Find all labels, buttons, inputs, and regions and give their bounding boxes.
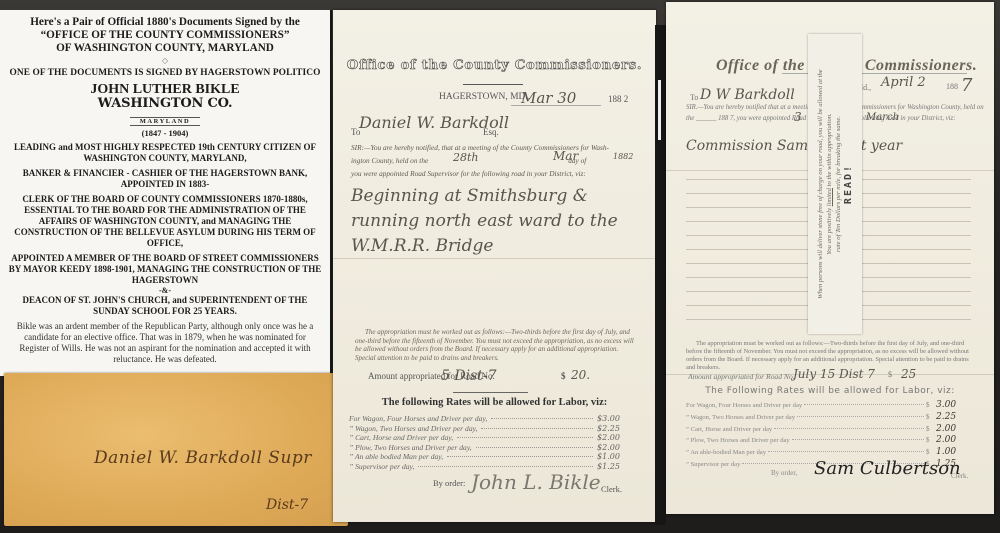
- rate-row: For Wagon, Four Horses and Driver per da…: [686, 400, 976, 412]
- handwritten-road-number: July 15 Dist 7: [793, 367, 875, 381]
- life-dates: (1847 - 1904): [8, 128, 322, 138]
- document-1882: Office of the County Commissioners. HAGE…: [333, 10, 656, 522]
- appropriation-text: The appropriation must be worked out as …: [355, 328, 640, 362]
- ornament-divider: [453, 392, 528, 393]
- bio-block: BANKER & FINANCIER - CASHIER OF THE HAGE…: [8, 168, 322, 190]
- rate-row: ” Plow, Two Horses and Driver per day,$2…: [349, 443, 639, 453]
- washington-co-logo: WASHINGTON CO.: [8, 97, 322, 110]
- by-order-label: By order:: [433, 478, 465, 488]
- clerk-label: Clerk.: [951, 472, 968, 480]
- handwritten-meeting-month: March: [866, 112, 899, 123]
- handwritten-amount: 20.: [571, 368, 590, 382]
- signature: Sam Culbertson: [814, 458, 961, 479]
- notice-line: ington County, held on theday of: [351, 154, 646, 167]
- info-title-line: Here's a Pair of Official 1880's Documen…: [8, 16, 322, 29]
- rate-row: ” Cart, Horse and Driver per day$2.00: [686, 424, 976, 436]
- info-title-line: “OFFICE OF THE COUNTY COMMISSIONERS”: [8, 29, 322, 42]
- info-sheet: Here's a Pair of Official 1880's Documen…: [0, 10, 332, 376]
- diamond-divider-icon: ◇: [8, 56, 322, 65]
- esq-label: Esq.: [483, 127, 499, 137]
- handwritten-addressee: D W Barkdoll: [700, 87, 795, 103]
- signature: John L. Bikle: [471, 470, 601, 494]
- handwritten-road-number: 5 Dist-7: [441, 368, 497, 384]
- bio-block-final: DEACON OF ST. JOHN'S CHURCH, and SUPERIN…: [8, 295, 322, 317]
- rate-row: ” An able bodied Man per day,$1.00: [349, 452, 639, 462]
- notice-text: SIR:—You are hereby notified, that at a …: [351, 141, 646, 180]
- bio-paragraph: Bikle was an ardent member of the Republ…: [8, 321, 322, 365]
- bio-block: LEADING and MOST HIGHLY RESPECTED 19th C…: [8, 142, 322, 164]
- to-label: To: [690, 93, 698, 102]
- notice-line: you were appointed Road Supervisor for t…: [351, 167, 646, 180]
- rates-title: The Following Rates will be allowed for …: [666, 386, 994, 396]
- slip-line: rate of Ten Dollars per mile, for breaki…: [834, 39, 843, 329]
- signed-by-line: ONE OF THE DOCUMENTS IS SIGNED BY HAGERS…: [8, 68, 322, 79]
- handwritten-date: April 2: [881, 75, 926, 90]
- handwritten-year-digit: 7: [961, 75, 972, 96]
- rate-row: ” Wagon, Two Horses and Driver per day,$…: [349, 424, 639, 434]
- ampersand-divider: -&-: [8, 286, 322, 295]
- handwritten-road-description: Commission Same as last year: [686, 138, 902, 154]
- year-label: 188: [946, 82, 958, 91]
- bio-block: CLERK OF THE BOARD OF COUNTY COMMISSIONE…: [8, 194, 322, 249]
- read-title: READ!: [843, 39, 854, 329]
- by-order-label: By order,: [771, 469, 797, 477]
- slip-line: You are positively limited to the within…: [825, 39, 834, 329]
- rates-title: The following Rates will be allowed for …: [333, 397, 656, 408]
- rate-row: ” Plow, Two Horses and Driver per day$2.…: [686, 435, 976, 447]
- year-label: 188 2: [608, 94, 628, 104]
- bio-block: APPOINTED A MEMBER OF THE BOARD OF STREE…: [8, 253, 322, 286]
- handwritten-amount: 25: [901, 367, 916, 381]
- handwritten-meeting-year: 1882: [613, 152, 633, 161]
- slip-line: When persons will deliver stone free of …: [816, 39, 825, 329]
- maryland-banner: MARYLAND: [130, 117, 200, 126]
- notice-line: SIR:—You are hereby notified, that at a …: [351, 141, 646, 154]
- ornament-divider: [463, 84, 523, 85]
- envelope-district: Dist-7: [266, 497, 308, 513]
- envelope-addressee: Daniel W. Barkdoll Supr: [94, 448, 312, 468]
- clerk-label: Clerk.: [601, 484, 622, 494]
- info-title-line: OF WASHINGTON COUNTY, MARYLAND: [8, 42, 322, 55]
- handwritten-road-description: Beginning at Smithsburg & running north …: [351, 184, 641, 259]
- rate-row: ” Wagon, Two Horses and Driver per day$2…: [686, 412, 976, 424]
- dollar-sign: $: [561, 371, 566, 381]
- person-name: JOHN LUTHER BIKLE: [8, 82, 322, 97]
- amount-label: Amount appropriated for Road No.: [688, 372, 795, 381]
- read-notice-slip: When persons will deliver stone free of …: [808, 34, 862, 334]
- document-title: Office of the County Commissioners.: [333, 58, 656, 73]
- handwritten-meeting-month: Mar: [553, 149, 578, 163]
- rates-list: For Wagon, Four Horses and Driver per da…: [349, 414, 639, 471]
- handwritten-meeting-day: 3: [794, 110, 802, 124]
- envelope: Daniel W. Barkdoll Supr Dist-7: [4, 373, 348, 526]
- rate-row: ” Cart, Horse and Driver per day,$2.00: [349, 433, 639, 443]
- handwritten-date: Mar 30: [521, 89, 576, 107]
- place-label: HAGERSTOWN, MD.,: [439, 92, 530, 102]
- rate-row: For Wagon, Four Horses and Driver per da…: [349, 414, 639, 424]
- dollar-sign: $: [888, 370, 892, 379]
- handwritten-meeting-day: 28th: [453, 151, 479, 164]
